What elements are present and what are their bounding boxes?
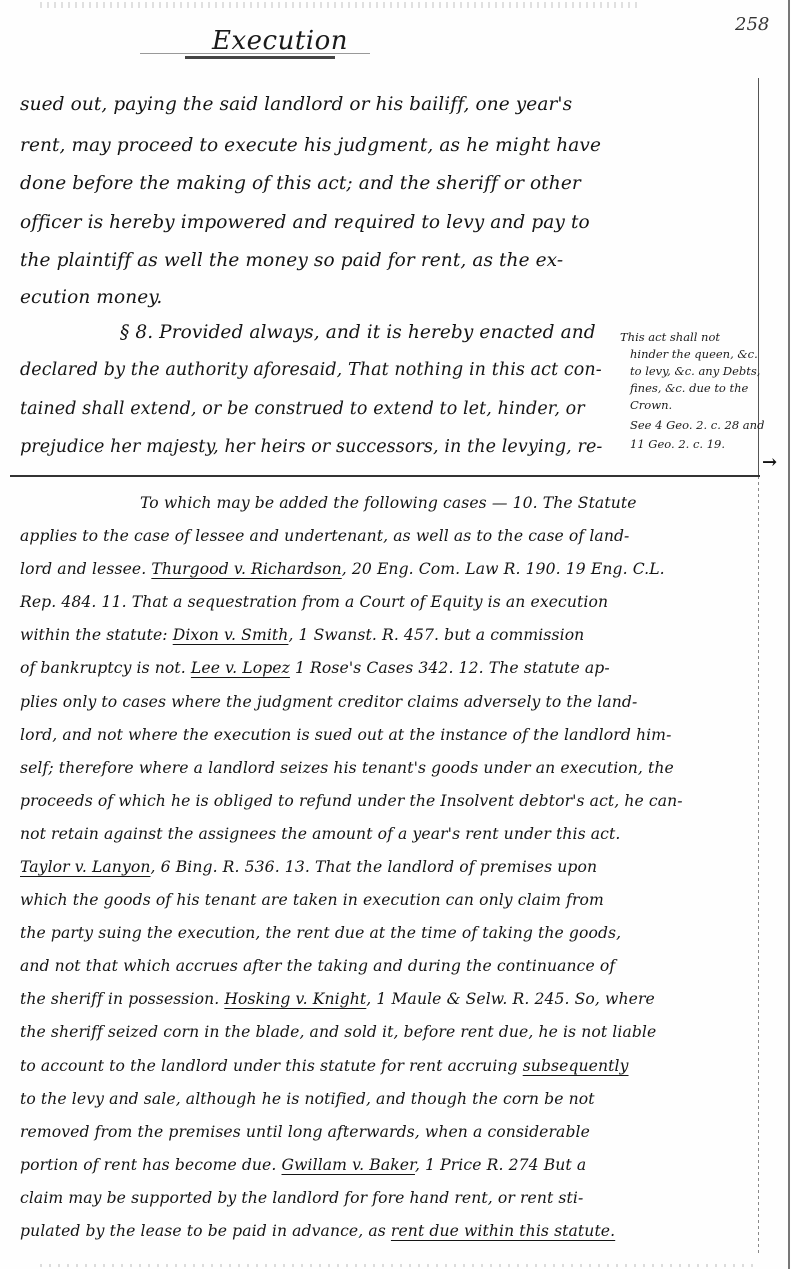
line-text: , 1 Maule & Selw. R. 245. So, where [366, 990, 655, 1008]
case-citation: Dixon v. Smith [173, 626, 289, 644]
line-text: Rep. 484. 11. That a sequestration from … [20, 593, 608, 611]
paragraph-8-line: tained shall extend, or be construed to … [20, 399, 585, 419]
text-line: self; therefore where a landlord seizes … [20, 759, 674, 777]
text-line: and not that which accrues after the tak… [20, 957, 615, 975]
line-text: claim may be supported by the landlord f… [20, 1189, 583, 1207]
line-text: of bankruptcy is not. [20, 659, 191, 677]
margin-note-line: to levy, &c. any Debts, [630, 364, 760, 378]
case-citation: Gwillam v. Baker [282, 1156, 415, 1174]
text-line: to the levy and sale, although he is not… [20, 1090, 595, 1108]
text-line: which the goods of his tenant are taken … [20, 891, 604, 909]
line-text: self; therefore where a landlord seizes … [20, 759, 674, 777]
text-line: not retain against the assignees the amo… [20, 825, 620, 843]
paragraph-8-line: declared by the authority aforesaid, Tha… [20, 360, 602, 380]
margin-rule-bottom [758, 476, 759, 1256]
line-text: to the levy and sale, although he is not… [20, 1090, 595, 1108]
paragraph-8-line: § 8. Provided always, and it is hereby e… [120, 322, 596, 343]
line-text: , 6 Bing. R. 536. 13. That the landlord … [151, 858, 598, 876]
text-line: To which may be added the following case… [140, 494, 637, 512]
line-text: the party suing the execution, the rent … [20, 924, 621, 942]
page-edge-rule [788, 0, 790, 1269]
text-line: of bankruptcy is not. Lee v. Lopez 1 Ros… [20, 659, 610, 677]
text-line: within the statute: Dixon v. Smith, 1 Sw… [20, 626, 584, 644]
margin-arrow-icon: → [762, 452, 777, 473]
text-line: the sheriff seized corn in the blade, an… [20, 1023, 656, 1041]
text-line: officer is hereby impowered and required… [20, 212, 590, 233]
line-text: the sheriff in possession. [20, 990, 224, 1008]
line-text: , 1 Price R. 274 But a [415, 1156, 586, 1174]
margin-note-line: See 4 Geo. 2. c. 28 and [630, 418, 764, 432]
line-text: to account to the landlord under this st… [20, 1057, 523, 1075]
line-text: , 20 Eng. Com. Law R. 190. 19 Eng. C.L. [342, 560, 665, 578]
margin-note-line: Crown. [630, 398, 672, 412]
line-text: pulated by the lease to be paid in advan… [20, 1222, 391, 1240]
case-citation: subsequently [523, 1057, 629, 1075]
text-line: plies only to cases where the judgment c… [20, 693, 637, 711]
text-line: removed from the premises until long aft… [20, 1123, 590, 1141]
case-citation: Taylor v. Lanyon [20, 858, 151, 876]
text-line: Rep. 484. 11. That a sequestration from … [20, 593, 608, 611]
line-text: removed from the premises until long aft… [20, 1123, 590, 1141]
line-text: , 1 Swanst. R. 457. but a commission [288, 626, 584, 644]
case-citation: rent due within this statute. [391, 1222, 615, 1240]
scan-noise-top [40, 2, 640, 8]
text-line: the plaintiff as well the money so paid … [20, 250, 563, 271]
text-line: ecution money. [20, 287, 162, 308]
line-text: portion of rent has become due. [20, 1156, 282, 1174]
line-text: proceeds of which he is obliged to refun… [20, 792, 683, 810]
margin-note-line: hinder the queen, &c. [630, 347, 758, 361]
text-line: done before the making of this act; and … [20, 173, 581, 194]
text-line: rent, may proceed to execute his judgmen… [20, 135, 601, 156]
line-text: the sheriff seized corn in the blade, an… [20, 1023, 656, 1041]
text-line: the party suing the execution, the rent … [20, 924, 621, 942]
scan-noise-bottom [40, 1264, 760, 1267]
page-title: Execution [212, 26, 348, 56]
title-underline-thin [140, 53, 370, 54]
line-text: which the goods of his tenant are taken … [20, 891, 604, 909]
margin-note-line: 11 Geo. 2. c. 19. [630, 437, 725, 451]
text-line: claim may be supported by the landlord f… [20, 1189, 583, 1207]
line-text: not retain against the assignees the amo… [20, 825, 620, 843]
line-text: within the statute: [20, 626, 173, 644]
margin-note-line: fines, &c. due to the [630, 381, 748, 395]
text-line: Taylor v. Lanyon, 6 Bing. R. 536. 13. Th… [20, 858, 597, 876]
line-text: plies only to cases where the judgment c… [20, 693, 637, 711]
title-underline [185, 56, 335, 59]
line-text: and not that which accrues after the tak… [20, 957, 615, 975]
line-text: 1 Rose's Cases 342. 12. The statute ap- [290, 659, 610, 677]
text-line: the sheriff in possession. Hosking v. Kn… [20, 990, 655, 1008]
text-line: lord, and not where the execution is sue… [20, 726, 671, 744]
paragraph-8-line: prejudice her majesty, her heirs or succ… [20, 437, 602, 457]
text-line: proceeds of which he is obliged to refun… [20, 792, 683, 810]
text-line: portion of rent has become due. Gwillam … [20, 1156, 586, 1174]
text-line: lord and lessee. Thurgood v. Richardson,… [20, 560, 665, 578]
page-number: 258 [735, 14, 769, 35]
text-line: to account to the landlord under this st… [20, 1057, 629, 1075]
manuscript-page: Execution 258 sued out, paying the said … [0, 0, 791, 1269]
margin-note-line: This act shall not [620, 330, 720, 344]
line-text: applies to the case of lessee and undert… [20, 527, 629, 545]
text-line: pulated by the lease to be paid in advan… [20, 1222, 615, 1240]
text-line: sued out, paying the said landlord or hi… [20, 94, 572, 115]
line-text: lord, and not where the execution is sue… [20, 726, 671, 744]
text-line: applies to the case of lessee and undert… [20, 527, 629, 545]
case-citation: Thurgood v. Richardson [151, 560, 341, 578]
line-text: lord and lessee. [20, 560, 151, 578]
section-divider [10, 475, 760, 477]
line-text: To which may be added the following case… [140, 494, 637, 512]
case-citation: Lee v. Lopez [191, 659, 290, 677]
case-citation: Hosking v. Knight [224, 990, 366, 1008]
